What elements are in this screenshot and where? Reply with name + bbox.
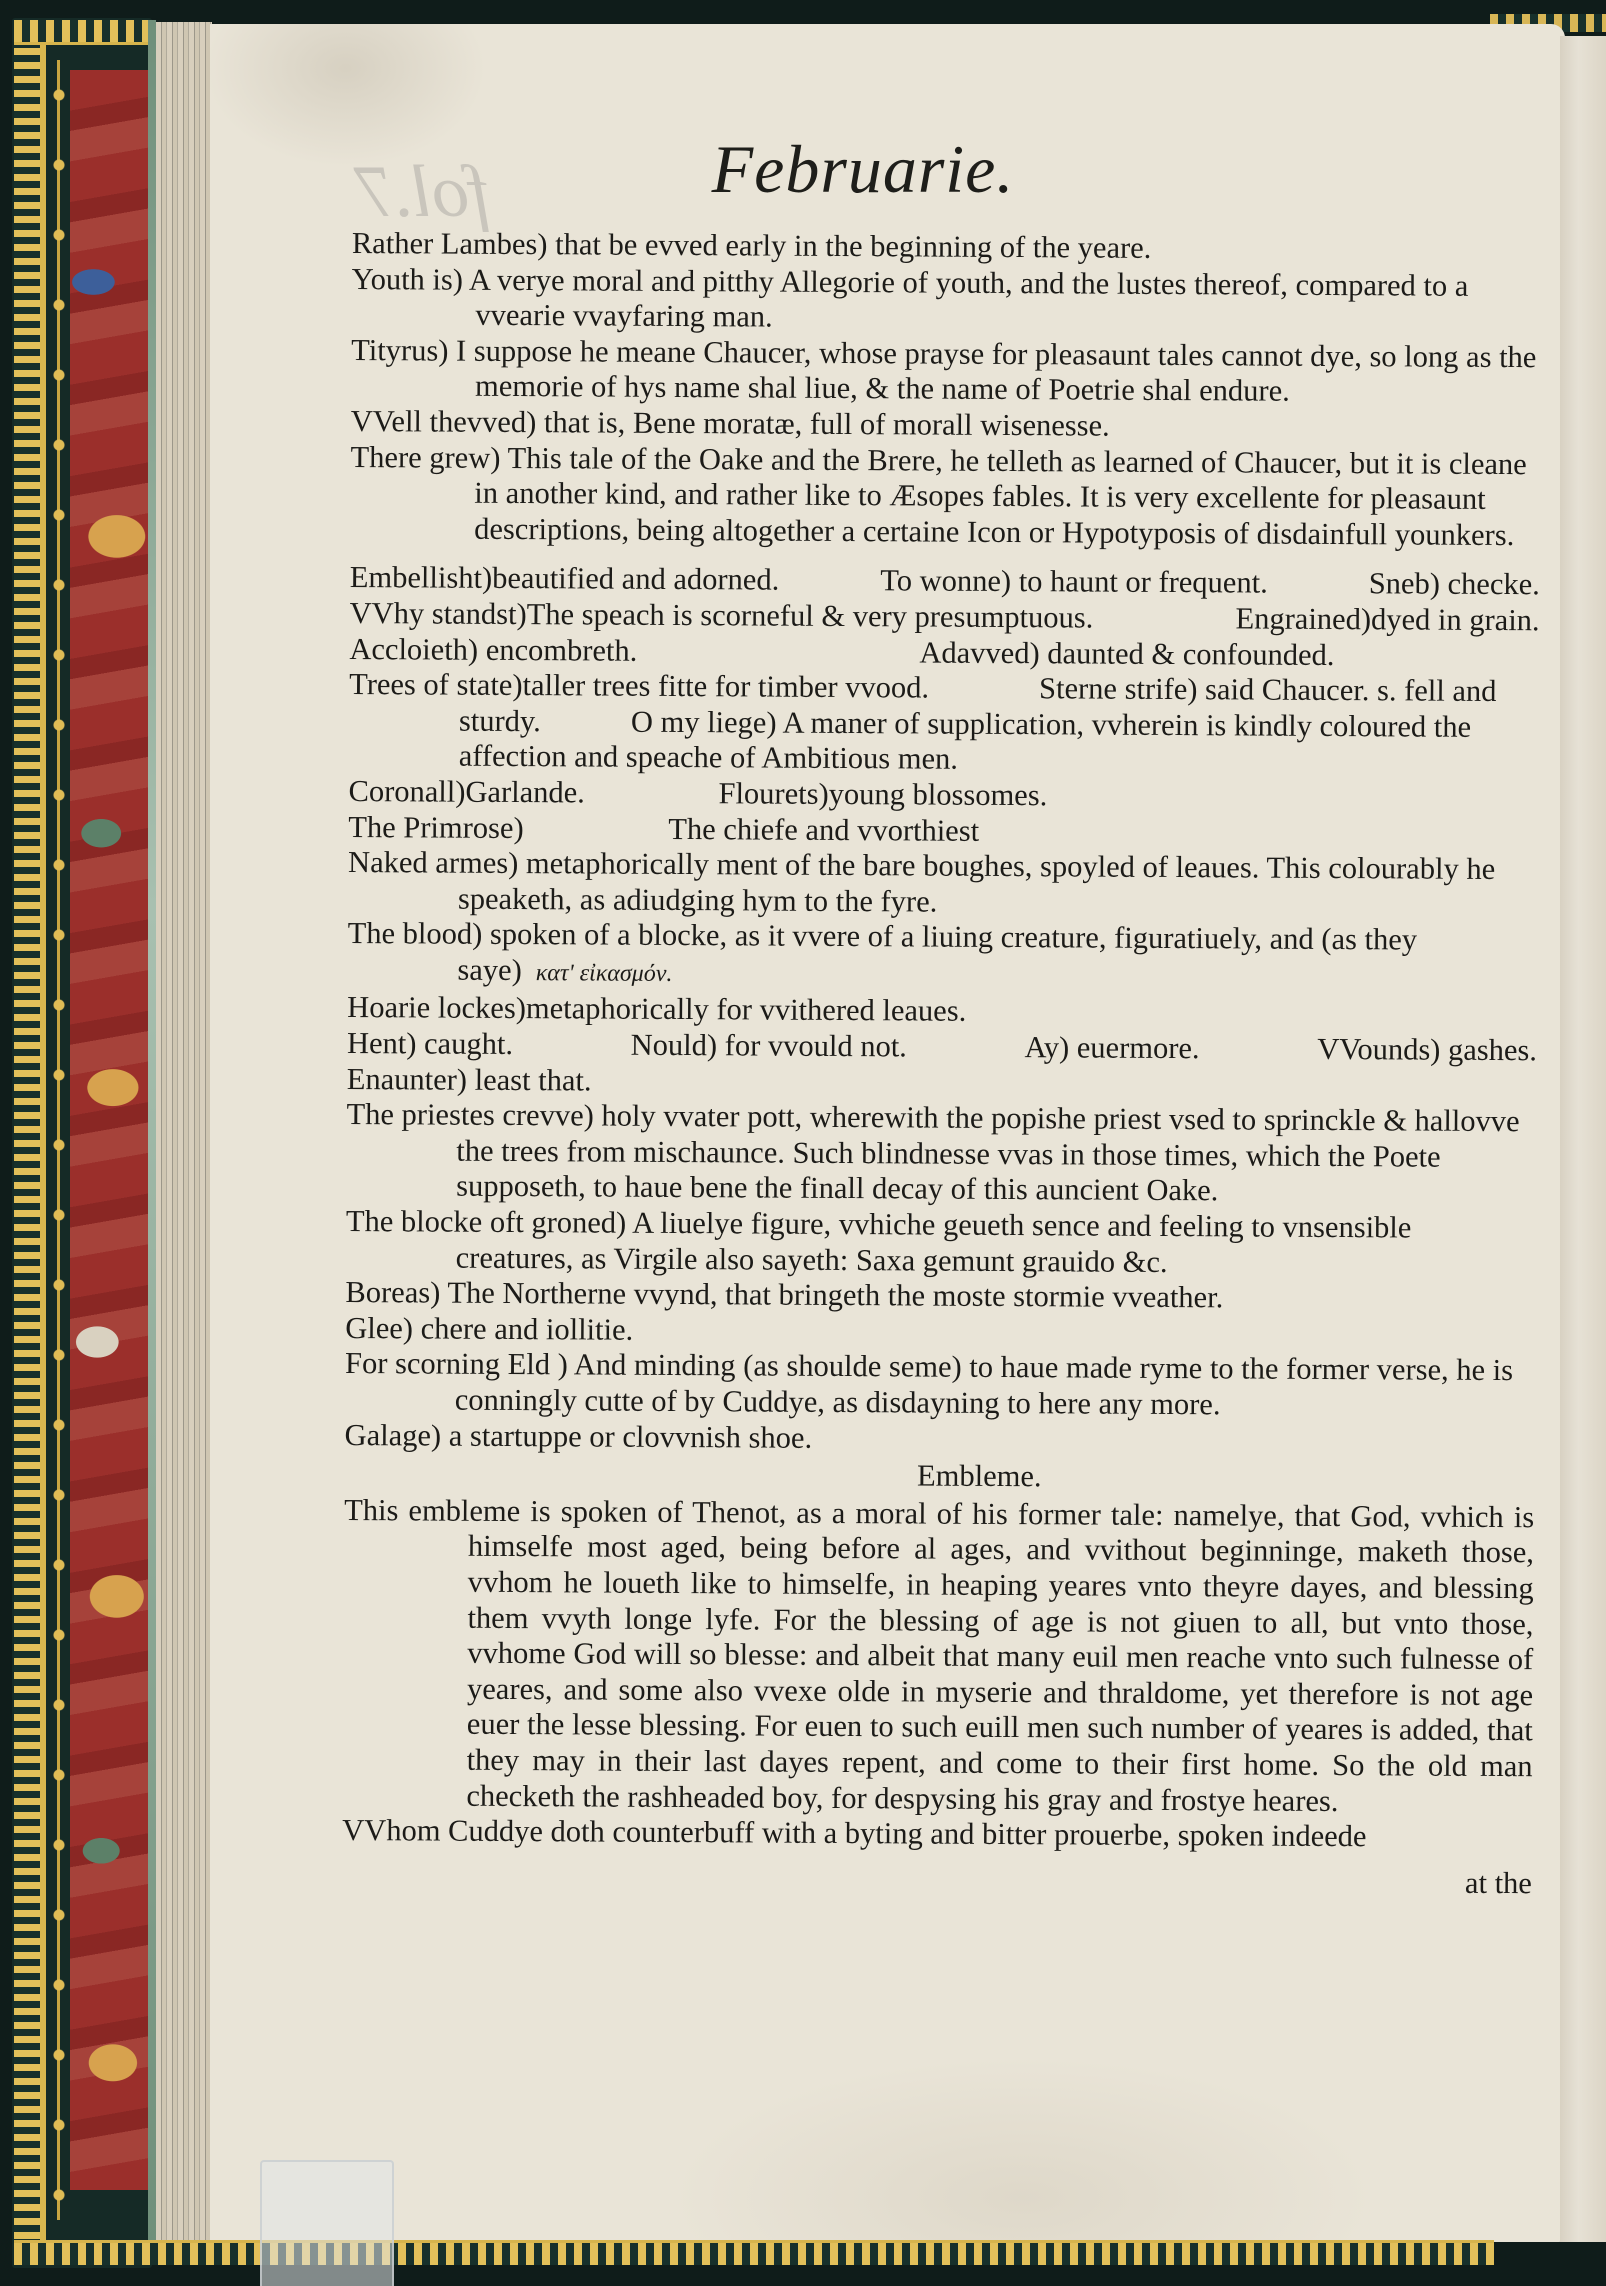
gloss-text: holy vvater pott, wherewith the popishe … xyxy=(456,1099,1520,1208)
short-gloss: Nould) for vvould not. xyxy=(631,1028,907,1065)
gloss-lemma: Trees of state) xyxy=(349,667,523,702)
gloss-text: encombreth. xyxy=(478,632,637,667)
short-gloss: Enaunter) least that. xyxy=(347,1062,592,1099)
running-title-text: Februarie. xyxy=(712,131,1015,207)
gloss-entry: Galage) a startuppe or clovvnish shoe. xyxy=(345,1418,1535,1461)
gloss-text: gashes. xyxy=(1440,1033,1537,1068)
page-gutter-curve xyxy=(1560,36,1606,2242)
gloss-entry: Hoarie lockes)metaphorically for vvither… xyxy=(347,990,1537,1033)
gloss-lemma: Glee) xyxy=(345,1311,413,1345)
gloss-text: euermore. xyxy=(1069,1030,1200,1065)
gloss-lemma: Adavved) xyxy=(919,635,1039,670)
gloss-text: checke. xyxy=(1440,567,1540,602)
gilt-border-dogtooth xyxy=(14,20,43,2264)
short-gloss: Ay) euermore. xyxy=(1024,1030,1199,1067)
stacked-page-edges xyxy=(156,22,212,2244)
gloss-entry: The priestes crevve) holy vvater pott, w… xyxy=(346,1097,1537,1211)
short-gloss: Embellisht)beautified and adorned. xyxy=(350,560,780,598)
gloss-text: young blossomes. xyxy=(829,777,1048,812)
gloss-lemma: Hoarie lockes) xyxy=(347,990,526,1025)
gloss-lemma: Coronall) xyxy=(348,774,465,809)
gloss-lemma: Sneb) xyxy=(1369,567,1440,601)
gloss-entry: For scorning Eld ) And minding (as shoul… xyxy=(345,1346,1535,1424)
gloss-lemma: Naked armes) xyxy=(348,845,518,880)
short-gloss: Hent) caught. xyxy=(347,1026,513,1063)
marbled-endpaper xyxy=(70,70,148,2190)
gloss-lemma: VVell thevved) xyxy=(351,404,537,439)
gloss-lemma: Sterne strife) xyxy=(1039,671,1198,706)
short-gloss: Accloieth) encombreth. xyxy=(349,632,919,671)
gloss-entry: There grew) This tale of the Oake and th… xyxy=(350,440,1541,554)
gloss-lemma: VVhy standst) xyxy=(350,596,527,631)
gloss-lemma: The priestes crevve) xyxy=(346,1097,593,1133)
gloss-lemma: The blocke oft groned) xyxy=(346,1204,627,1240)
greek-phrase: κατ' εἰκασμόν. xyxy=(536,960,673,987)
gilt-border-top xyxy=(14,20,150,45)
gloss-text: The Northerne vvynd, that bringeth the m… xyxy=(440,1276,1223,1315)
gloss-lemma: VVounds) xyxy=(1317,1032,1440,1067)
gloss-lemma: Nould) xyxy=(631,1028,718,1063)
catchword: at the xyxy=(342,1859,1532,1902)
gloss-text: Garlande. xyxy=(465,775,585,810)
gloss-lemma: O my liege) xyxy=(631,704,777,739)
running-title: Februarie. xyxy=(0,130,1606,209)
gloss-text: metaphorically ment of the bare boughes,… xyxy=(458,846,1495,918)
gloss-entry: The blood) spoken of a blocke, as it vve… xyxy=(347,916,1537,997)
gloss-text: for vvould not. xyxy=(717,1028,907,1063)
short-gloss: VVounds) gashes. xyxy=(1317,1032,1537,1069)
gloss-lemma: Flourets) xyxy=(718,776,828,811)
gloss-lemma: To wonne) xyxy=(880,564,1011,599)
gloss-entry: Tityrus) I suppose he meane Chaucer, who… xyxy=(351,333,1541,411)
gloss-text: least that. xyxy=(467,1062,592,1097)
gloss-text: The speach is scorneful & very presumptu… xyxy=(527,597,1094,634)
gloss-text: to haunt or frequent. xyxy=(1011,564,1268,600)
gloss-text: dyed in grain. xyxy=(1371,602,1540,637)
gloss-text: beautified and adorned. xyxy=(492,561,779,597)
gloss-lemma: Enaunter) xyxy=(347,1062,467,1097)
gloss-lemma: There grew) xyxy=(350,440,500,475)
gloss-lemma: Hent) xyxy=(347,1026,417,1060)
gilt-fillet xyxy=(40,20,46,2264)
gloss-lemma: Tityrus) xyxy=(351,333,448,368)
gloss-lemma: Engrained) xyxy=(1235,601,1371,636)
gloss-lemma: For scorning Eld ) xyxy=(345,1346,568,1381)
gloss-entry: Trees of state)taller trees fitte for ti… xyxy=(349,667,1540,781)
gloss-lemma: The blood) xyxy=(348,916,483,951)
emblem-heading: Embleme. xyxy=(344,1455,1534,1498)
gloss-lemma: Accloieth) xyxy=(349,632,478,667)
gloss-lemma: Ay) xyxy=(1024,1030,1069,1064)
gloss-text: The chiefe and vvorthiest xyxy=(668,811,979,848)
gloss-text: a startuppe or clovvnish shoe. xyxy=(441,1418,812,1454)
short-gloss: The Primrose) xyxy=(348,809,668,847)
gloss-lemma: Youth is) xyxy=(352,262,464,297)
short-gloss: Engrained)dyed in grain. xyxy=(1235,601,1539,638)
gloss-entry: Youth is) A verye moral and pitthy Alleg… xyxy=(351,262,1541,340)
gloss-text: A verye moral and pitthy Allegorie of yo… xyxy=(463,262,1469,333)
gloss-entry: Naked armes) metaphorically ment of the … xyxy=(348,845,1538,923)
short-gloss: VVhy standst)The speach is scorneful & v… xyxy=(350,596,1094,636)
gilt-border-bottom xyxy=(14,2240,1494,2265)
gloss-lemma: Rather Lambes) xyxy=(352,226,548,261)
marbled-endpaper-edge xyxy=(148,20,156,2240)
gloss-entry: The blocke oft groned) A liuelye figure,… xyxy=(346,1204,1536,1282)
gloss-text: This tale of the Oake and the Brere, he … xyxy=(474,440,1527,551)
gloss-text-block: Rather Lambes) that be evved early in th… xyxy=(342,226,1542,1902)
gloss-text: taller trees fitte for timber vvood. xyxy=(522,668,929,704)
emblem-closing: VVhom Cuddye doth counterbuff with a byt… xyxy=(342,1813,1532,1856)
glass-page-weight xyxy=(260,2160,394,2286)
short-gloss: Flourets)young blossomes. xyxy=(718,776,1047,814)
short-gloss: Adavved) daunted & confounded. xyxy=(919,635,1334,673)
gloss-text: chere and iollitie. xyxy=(413,1311,633,1346)
gilt-floral-roll xyxy=(48,60,70,2220)
gloss-text: that is, Bene moratæ, full of morall wis… xyxy=(536,405,1110,443)
short-gloss: Sneb) checke. xyxy=(1369,567,1540,604)
gloss-lemma: Galage) xyxy=(345,1418,442,1453)
gloss-lemma: Boreas) xyxy=(345,1275,440,1310)
gloss-text: caught. xyxy=(416,1026,513,1061)
gloss-lemma: Embellisht) xyxy=(350,560,493,595)
short-gloss: Coronall)Garlande. xyxy=(348,774,718,812)
short-gloss: To wonne) to haunt or frequent. xyxy=(880,564,1268,602)
gloss-text: I suppose he meane Chaucer, whose prayse… xyxy=(448,333,1536,408)
gloss-text: And minding (as shoulde seme) to haue ma… xyxy=(455,1348,1513,1422)
emblem-paragraph: This embleme is spoken of Thenot, as a m… xyxy=(342,1493,1534,1821)
gloss-text: metaphorically for vvithered leaues. xyxy=(526,992,967,1029)
gloss-text: daunted & confounded. xyxy=(1040,636,1335,672)
gloss-text: that be evved early in the beginning of … xyxy=(547,227,1151,265)
gloss-text: A maner of supplication, vvherein is kin… xyxy=(459,705,1472,776)
